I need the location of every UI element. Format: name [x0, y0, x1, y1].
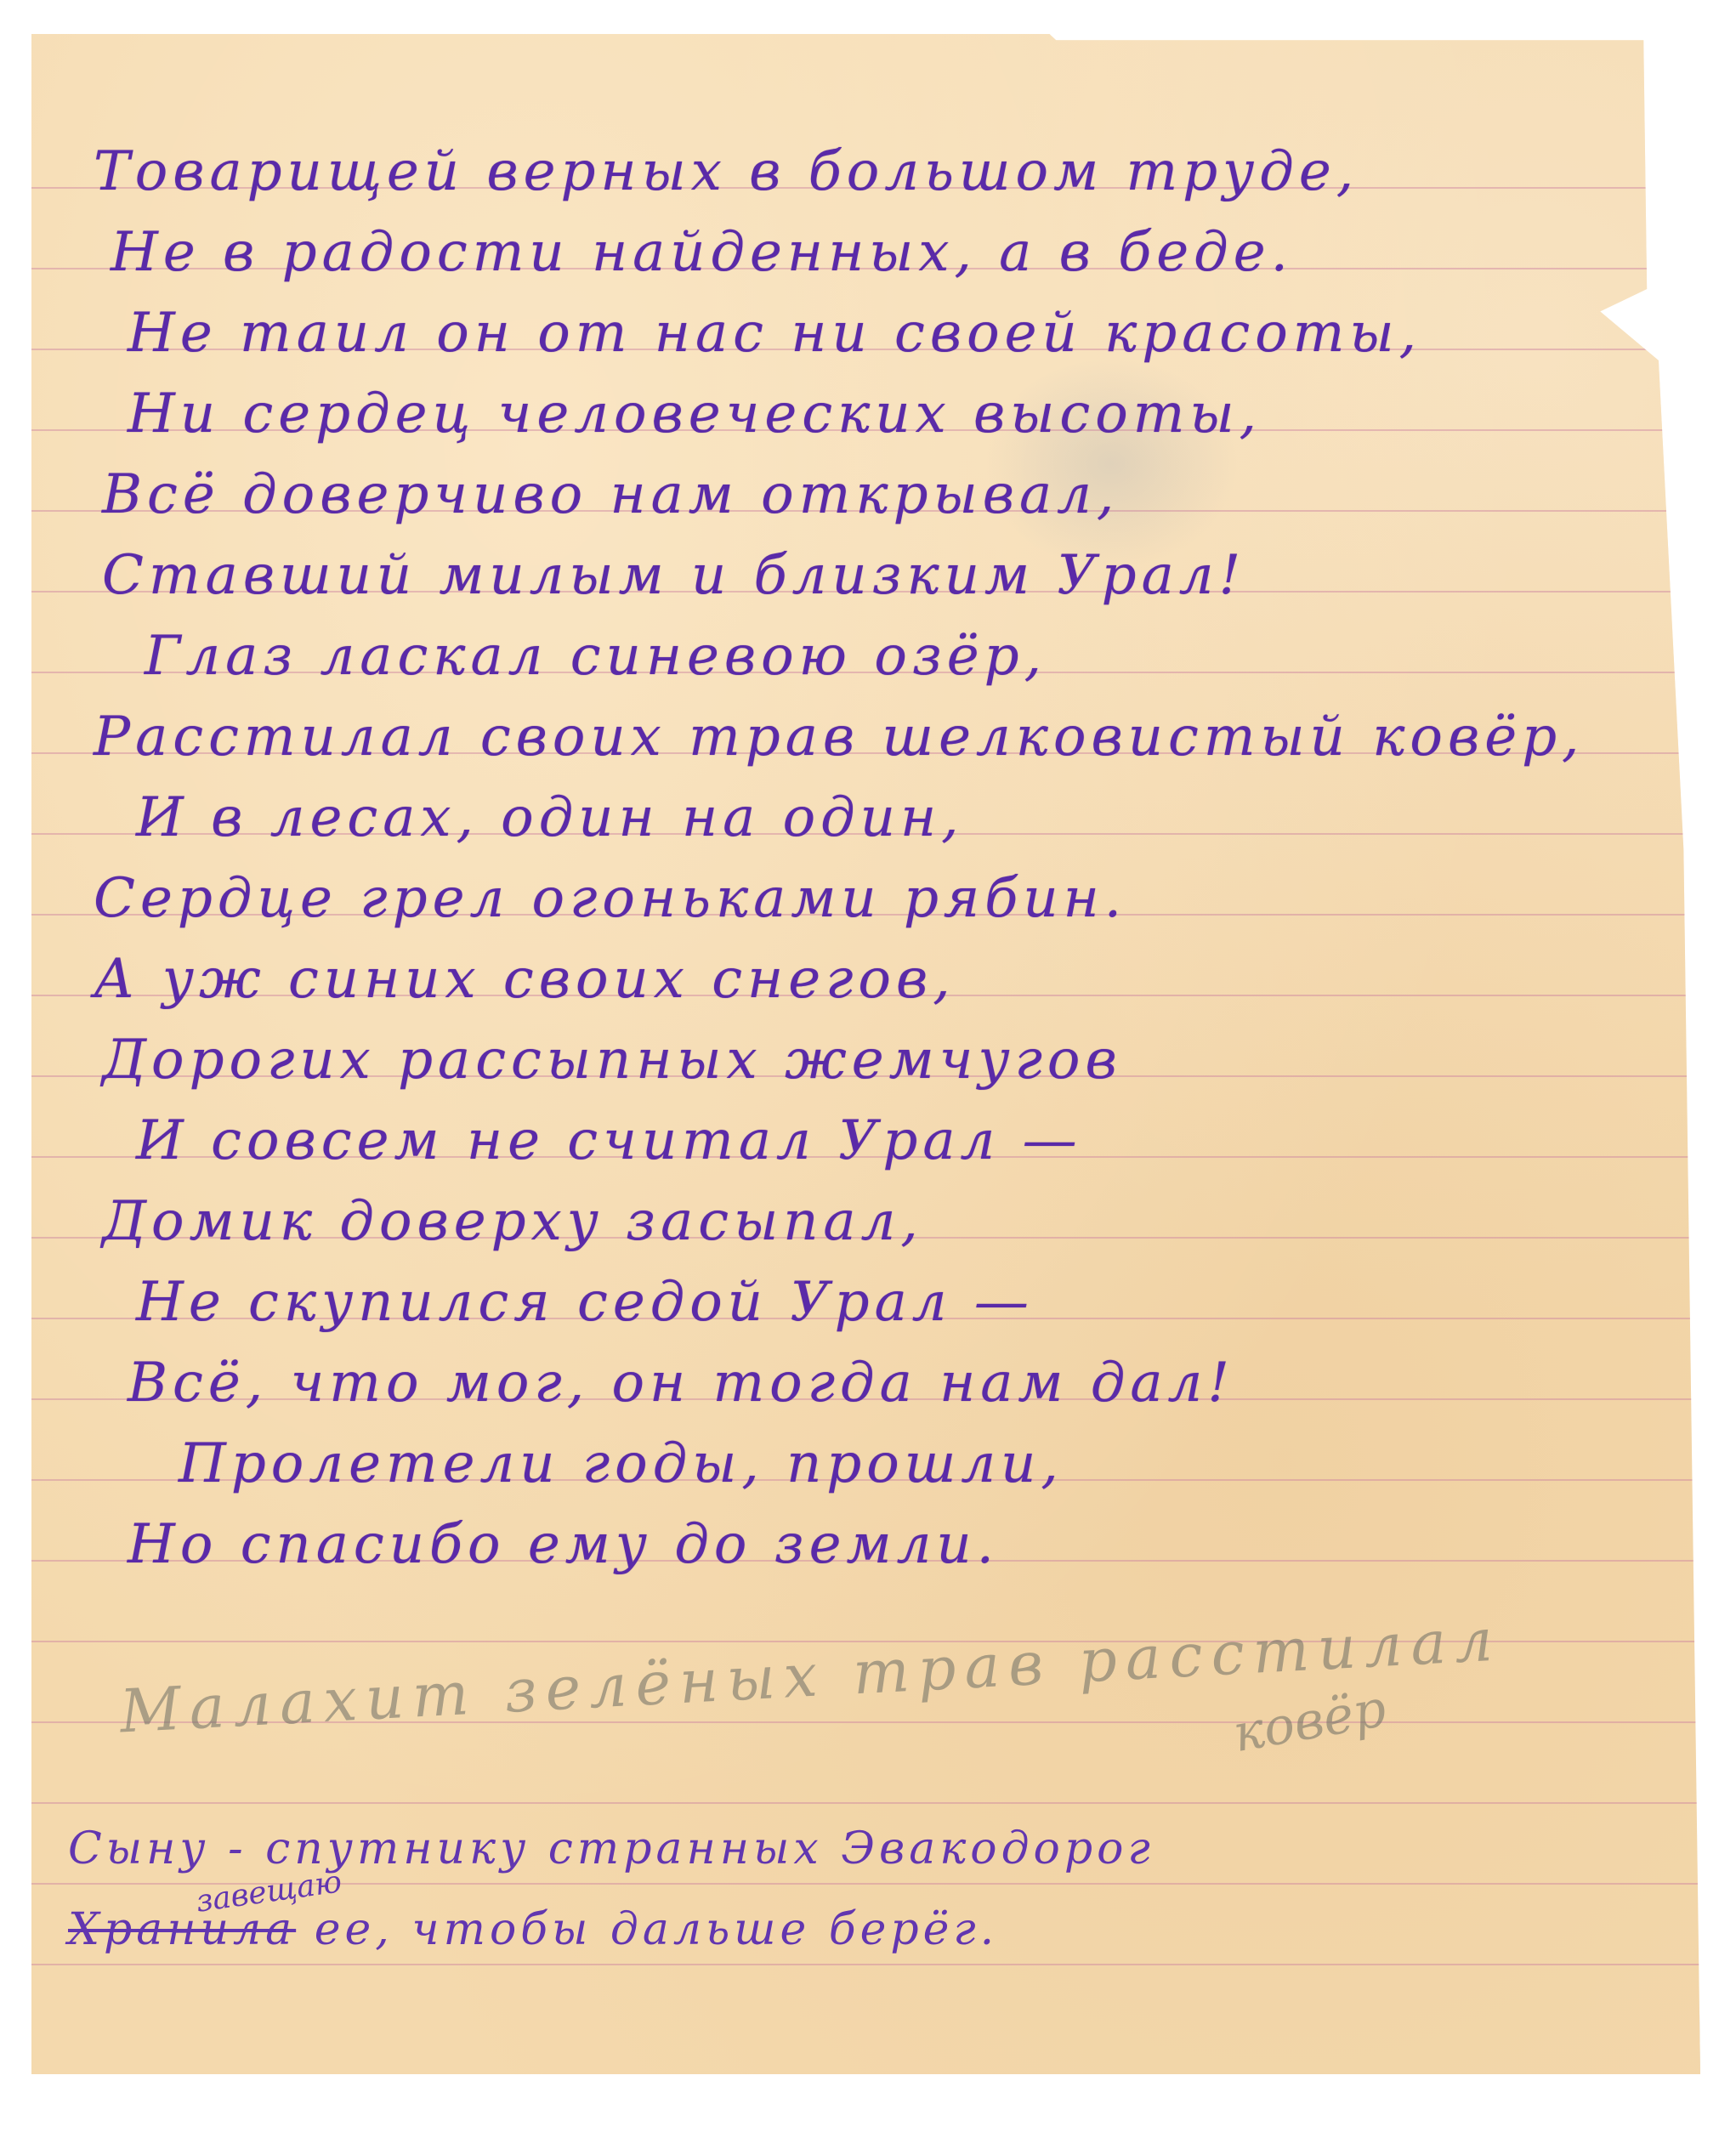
poem-line: Расстилал своих трав шелковистый ковёр, [94, 710, 1584, 764]
dedication-line-2-text: ее, чтобы дальше берёг. [315, 1904, 999, 1955]
poem-line: Товарищей верных в большом труде, [94, 145, 1359, 199]
ruled-line [31, 1964, 1700, 1965]
poem-line: Всё доверчиво нам открывал, [102, 468, 1119, 522]
poem-line: Сердце грел огоньками рябин. [94, 871, 1126, 926]
poem-line: Ни сердец человеческих высоты, [128, 387, 1262, 441]
poem-line: Не в радости найденных, а в беде. [111, 225, 1293, 280]
ruled-line [31, 1802, 1700, 1804]
poem-line: И совсем не считал Урал — [136, 1114, 1082, 1168]
poem-line: Не таил он от нас ни своей красоты, [128, 306, 1421, 360]
struck-word: Хранила [68, 1904, 296, 1955]
poem-line: Пролетели годы, прошли, [179, 1437, 1064, 1491]
poem-line: Глаз ласкал синевою озёр, [145, 629, 1047, 683]
poem-line: Дорогих рассыпных жемчугов [102, 1033, 1122, 1087]
dedication-line-1: Сыну - спутнику странных Эвакодорог [68, 1823, 1154, 1874]
poem-line: И в лесах, один на один, [136, 791, 963, 845]
poem-line: Всё, что мог, он тогда нам дал! [128, 1356, 1234, 1410]
poem-line: А уж синих своих снегов, [94, 952, 956, 1006]
poem-line: Не скупился седой Урал — [136, 1275, 1034, 1330]
poem-line: Но спасибо ему до земли. [128, 1517, 999, 1572]
poem-line: Ставший милым и близким Урал! [102, 548, 1245, 603]
poem-line: Домик доверху засыпал, [102, 1194, 923, 1249]
